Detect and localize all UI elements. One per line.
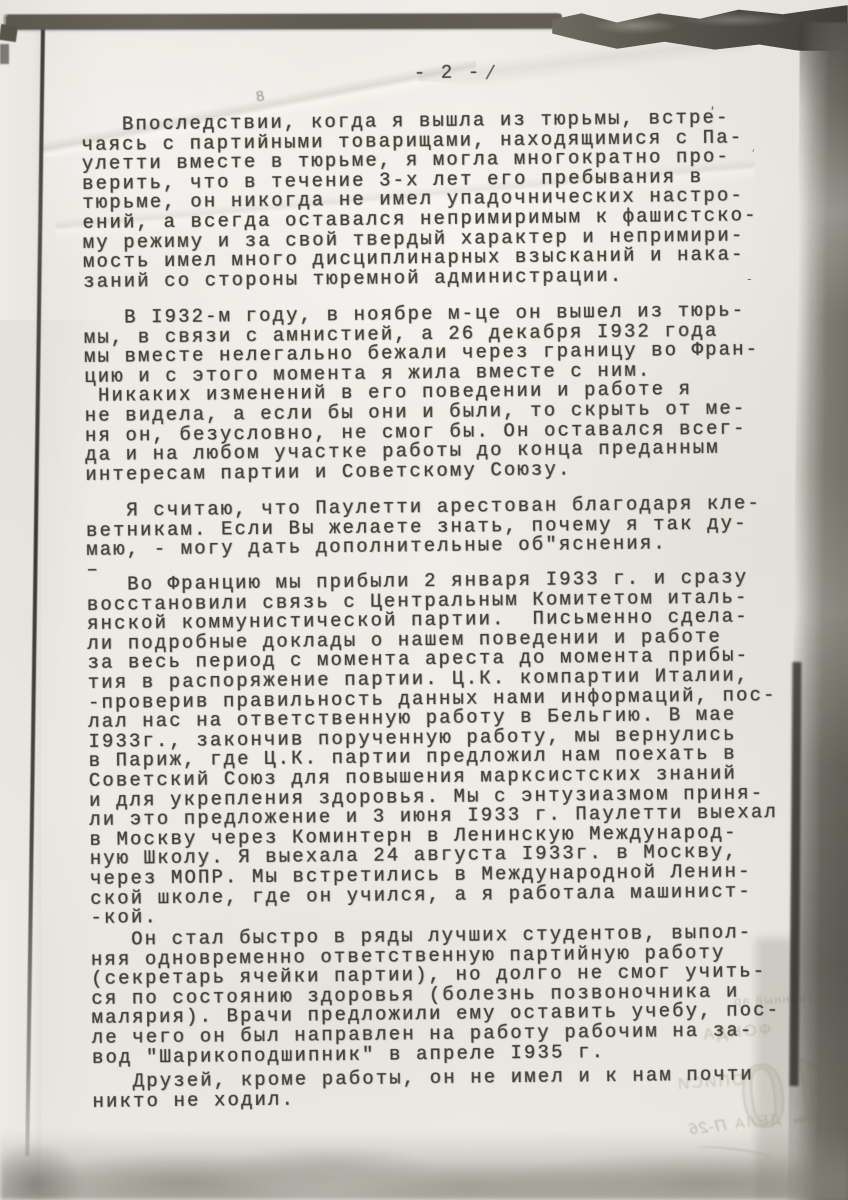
bottom-smudge <box>0 1124 848 1200</box>
paragraph-5: Он стал быстро в ряды лучших студентов, … <box>91 923 781 1068</box>
document-page: сударственный ар ФОНДА 10 ОПИСИ ДЕЛА П-2… <box>0 0 848 1200</box>
paragraph-6: Друзей, кроме работы, он не имел и к нам… <box>92 1065 754 1112</box>
scan-edge-corner-mark <box>0 44 9 64</box>
scan-edge-corner-mark <box>0 24 18 42</box>
scan-edge-top <box>6 13 562 29</box>
page-number: - 2 - <box>414 61 482 84</box>
paragraph-4: Во Францию мы прибыли 2 января I933 г. и… <box>87 568 780 928</box>
paragraph-1: Впоследствии, когда я вышла из тюрьмы, в… <box>81 108 758 292</box>
pencil-dash-mark: - <box>747 270 752 286</box>
paragraph-2: В I932-м году, в ноябре м-це он вышел из… <box>84 301 761 485</box>
typewritten-text: - 2 - Впоследствии, когда я вышла из тюр… <box>80 0 814 1200</box>
